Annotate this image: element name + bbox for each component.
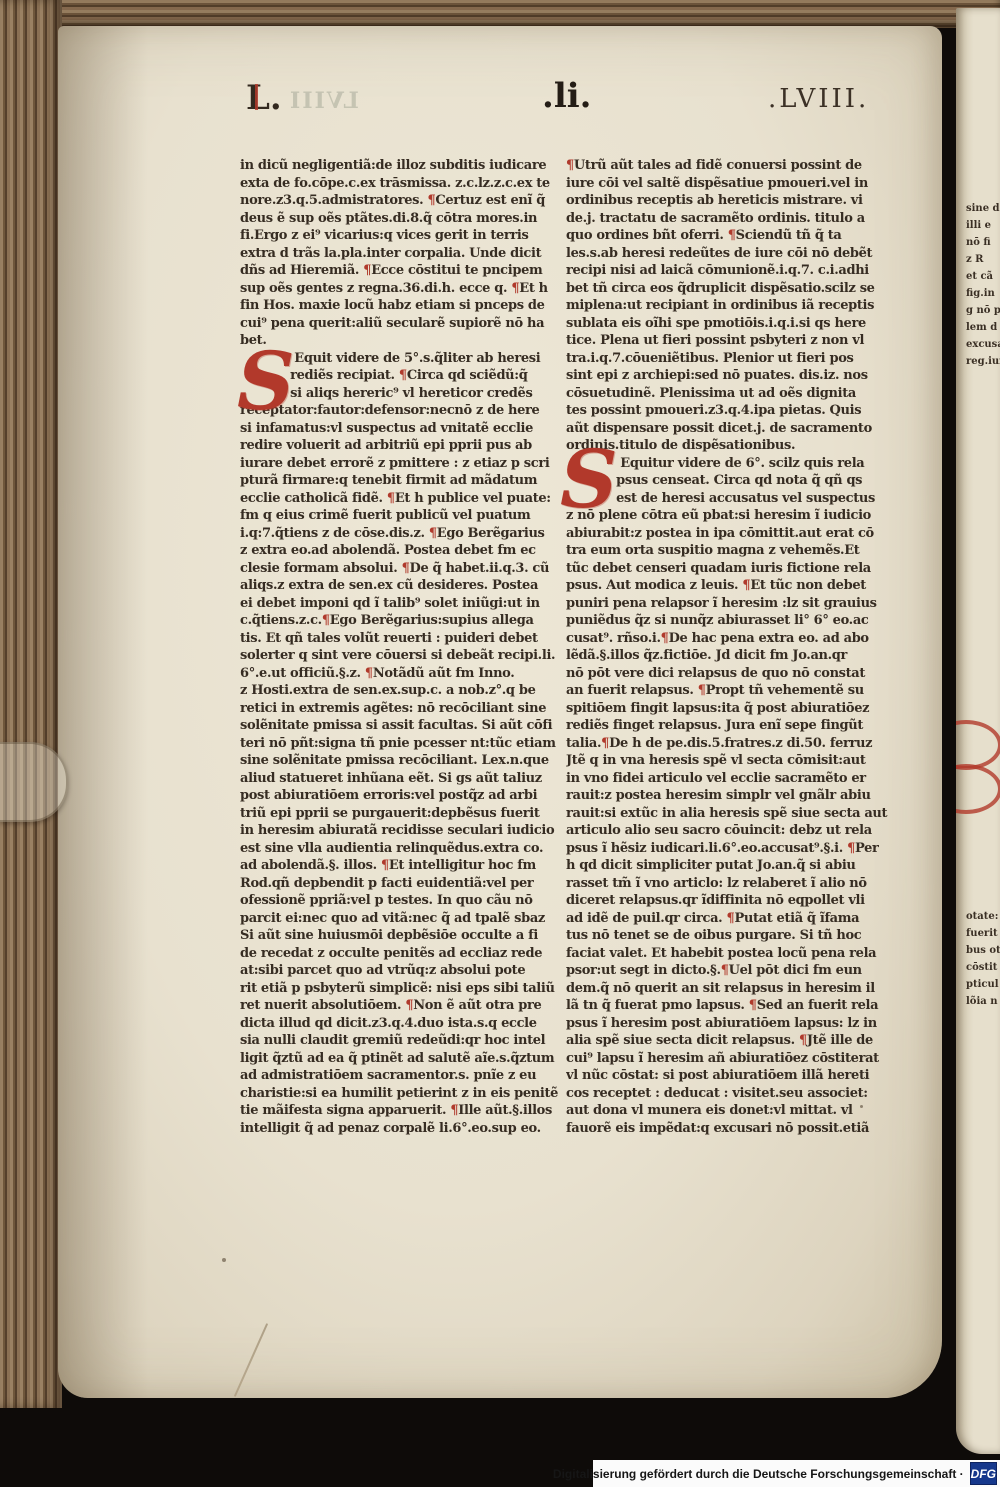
text-line: solẽnitate pmissa si assit facultas. Si … xyxy=(240,717,568,735)
text-line: quo ordines bñt oferri. ¶Sciendũ tñ q̃ t… xyxy=(566,227,900,245)
text-line: diceret relapsus.qr ĩdiffinita nō eqpoll… xyxy=(566,892,900,910)
text-line: et cã xyxy=(966,268,1000,285)
text-line: tis. Et qñ tales volũt reuerti : puideri… xyxy=(240,630,568,648)
text-line: ei debet imponi qd ĩ talib⁹ solet iniũgi… xyxy=(240,595,568,613)
text-line: z Hosti.extra de sen.ex.sup.c. a nob.z°.… xyxy=(240,682,568,700)
text-line: sublata eis oĩhi spe pmotiōis.i.q.i.si q… xyxy=(566,315,900,333)
text-line: nore.z3.q.5.admistratores. ¶Certuz est e… xyxy=(240,192,568,210)
text-line: puniri pena relapsor ĩ heresim :lz sit g… xyxy=(566,595,900,613)
text-line: talia.¶De h de pe.dis.5.fratres.z di.50.… xyxy=(566,735,900,753)
next-page-edge: sine dilli enō fiz Ret cãfig.ing nō plem… xyxy=(956,8,1000,1454)
text-line: tus nō tenet se de oibus purgare. Si tñ … xyxy=(566,927,900,945)
ink-speck xyxy=(222,1258,226,1262)
folio-showthrough: LVIII xyxy=(288,88,359,114)
text-line: cui⁹ lapsu ĩ heresim añ abiuratiōez cōst… xyxy=(566,1050,900,1068)
text-line: bet tñ circa eos q̃druplicit dispẽsatio.… xyxy=(566,280,900,298)
text-column-left: in dicũ negligentiã:de illoz subditis iu… xyxy=(240,157,568,1137)
text-line: psus. Aut modica z leuis. ¶Et tũc non de… xyxy=(566,577,900,595)
folio-number: .LVIII. xyxy=(768,84,869,114)
text-line: psor:ut segt in dicto.§.¶Uel pōt dici fm… xyxy=(566,962,900,980)
text-line: aliqs.z extra de sen.ex cũ desideres. Po… xyxy=(240,577,568,595)
text-line: dem.q̃ nō querit an sit relapsus in here… xyxy=(566,980,900,998)
text-line: at:sibi parcet quo ad vtrũq:z absolui po… xyxy=(240,962,568,980)
text-line: extra d trãs la.pla.inter corpalia. Unde… xyxy=(240,245,568,263)
text-line: in dicũ negligentiã:de illoz subditis iu… xyxy=(240,157,568,175)
text-line: ad admistratiōem sacramentor.s. pnĩe z e… xyxy=(240,1067,568,1085)
text-line: rauit:z postea heresim simplr vel gnãlr … xyxy=(566,787,900,805)
text-line: excusa xyxy=(966,336,1000,353)
text-line: lõia n xyxy=(966,993,1000,1010)
text-line: an fuerit relapsus. ¶Propt tñ vehementẽ … xyxy=(566,682,900,700)
red-initial-swash xyxy=(956,720,1000,770)
text-line: ad idẽ de puil.qr circa. ¶Putat etiã q̃ … xyxy=(566,910,900,928)
text-line: lẽdã.§.illos q̃z.fictiōe. Jd dicit fm Jo… xyxy=(566,647,900,665)
text-line: fm q eius crimẽ fuerit publicũ vel puatu… xyxy=(240,507,568,525)
text-line: fauorẽ eis impẽdat:q excusari nō possit.… xyxy=(566,1120,900,1138)
text-line: fin Hos. maxie locũ habz etiam si pnceps… xyxy=(240,297,568,315)
text-line: ordinibus receptis ab hereticis mistrare… xyxy=(566,192,900,210)
text-line: abiurabit:z postea in ipa cōmittit.aut e… xyxy=(566,525,900,543)
text-line: iure cōi vel saltẽ dispẽsatiue pmoueri.v… xyxy=(566,175,900,193)
text-line: z R xyxy=(966,251,1000,268)
folio-mark-left: L. xyxy=(246,78,282,118)
text-line: charistie:si ea humilit petierint z in e… xyxy=(240,1085,568,1103)
text-line: cui⁹ pena querit:aliũ secularẽ supiorẽ n… xyxy=(240,315,568,333)
text-line: in heresim abiuratã recidisse seculari i… xyxy=(240,822,568,840)
folio-mark-center: .li. xyxy=(542,76,592,116)
text-line: ret nuerit absolutiōem. ¶Non ẽ aũt otra … xyxy=(240,997,568,1015)
text-line: g nō p xyxy=(966,302,1000,319)
text-line: reg.iur xyxy=(966,353,1000,370)
next-page-text-fragments: otate:fueritbus otcōstitpticullõia n xyxy=(966,908,1000,1010)
text-line: retici in extremis agẽtes: nō recōcilian… xyxy=(240,700,568,718)
text-line: faciat valet. Et habebit postea locũ pen… xyxy=(566,945,900,963)
text-line: fig.in xyxy=(966,285,1000,302)
text-line: tra eum orta suspitio magna z vehemẽs.Et xyxy=(566,542,900,560)
text-line: bus ot xyxy=(966,942,1000,959)
text-line: 6°.e.ut officiũ.§.z. ¶Notãdũ aũt fm Inno… xyxy=(240,665,568,683)
text-line: Si aũt sine huiusmōi depbẽsiōe occulte a… xyxy=(240,927,568,945)
text-line: triũ epi pprii se purgauerit:depbẽsus fu… xyxy=(240,805,568,823)
text-line: vl nũc cōstat: si post abiuratiōem illã … xyxy=(566,1067,900,1085)
dfg-banner-text: Digitalisierung gefördert durch die Deut… xyxy=(553,1467,964,1481)
text-line: psus ĩ heresim post abiuratiōem lapsus: … xyxy=(566,1015,900,1033)
text-line: tie mãifesta signa apparuerit. ¶Ille aũt… xyxy=(240,1102,568,1120)
text-line: exta de fo.cōpe.c.ex trāsmissa. z.c.lz.z… xyxy=(240,175,568,193)
dfg-banner: Digitalisierung gefördert durch die Deut… xyxy=(593,1460,1000,1487)
text-line: Jtẽ q in vna heresis spẽ vl secta cōmisi… xyxy=(566,752,900,770)
dropcap-initial-left: S xyxy=(237,346,295,416)
text-line: aliud statueret inhũana eẽt. Si gs aũt t… xyxy=(240,770,568,788)
text-line: fuerit xyxy=(966,925,1000,942)
text-line: de.j. tractatu de sacramẽto ordinis. tit… xyxy=(566,210,900,228)
text-line: clesie formam absolui. ¶De q̃ habet.ii.q… xyxy=(240,560,568,578)
text-line: tes possint pmoueri.z3.q.4.ipa pietas. Q… xyxy=(566,402,900,420)
text-line: ecclie catholicã fidẽ. ¶Et h publice vel… xyxy=(240,490,568,508)
text-line: tra.i.q.7.cōueniẽtibus. Plenior ut fieri… xyxy=(566,350,900,368)
text-line: dicta illud qd dicit.z3.q.4.duo ista.s.q… xyxy=(240,1015,568,1033)
text-line: sia nulli claudit gremiũ redeũdi:qr hoc … xyxy=(240,1032,568,1050)
text-line: sine d xyxy=(966,200,1000,217)
text-line: parcit ei:nec quo ad vitã:nec q̃ ad tpal… xyxy=(240,910,568,928)
next-page-text-fragments: sine dilli enō fiz Ret cãfig.ing nō plem… xyxy=(966,200,1000,370)
text-line: redire voluerit ad arbitriũ epi pprii pu… xyxy=(240,437,568,455)
text-line: in vno fidei articulo vel ecclie sacramẽ… xyxy=(566,770,900,788)
text-line: lã tn q̃ fuerat pmo lapsus. ¶Sed an fuer… xyxy=(566,997,900,1015)
red-rubric-stroke xyxy=(255,84,258,110)
text-line: lem d xyxy=(966,319,1000,336)
text-line: spitiōem fingit lapsus:ita q̃ post abiur… xyxy=(566,700,900,718)
text-line: otate: xyxy=(966,908,1000,925)
text-line: sine solẽnitate pmissa recōciliant. Lex.… xyxy=(240,752,568,770)
text-line: est sine vlla audientia relinquẽdus.extr… xyxy=(240,840,568,858)
text-line: h qd dicit simpliciter putat Jo.an.q̃ si… xyxy=(566,857,900,875)
text-line: teri nō pñt:signa tñ pnie pcesser nt:tũc… xyxy=(240,735,568,753)
text-line: puniẽdus q̃z si nunq̃z abiurasset li° 6°… xyxy=(566,612,900,630)
text-line: rasset tm̃ ĩ vno articlo: lz relaberet ĩ… xyxy=(566,875,900,893)
text-line: fi.Ergo z ei⁹ vicarius:q vices gerit in … xyxy=(240,227,568,245)
text-line: pticul xyxy=(966,976,1000,993)
text-line: ¶Utrũ aũt tales ad fidẽ conuersi possint… xyxy=(566,157,900,175)
text-line: illi e xyxy=(966,217,1000,234)
text-line: aut dona vl munera eis donet:vl mittat. … xyxy=(566,1102,900,1120)
text-line: rediẽs finget relapsus. Jura enĩ sepe fi… xyxy=(566,717,900,735)
text-line: post abiuratiōem erroris:vel postq̃z ad … xyxy=(240,787,568,805)
book-spine-edge xyxy=(0,0,62,1408)
text-line: alia spẽ siue secta dicit relapsus. ¶Jtẽ… xyxy=(566,1032,900,1050)
ink-speck xyxy=(300,830,303,833)
text-line: Rod.qñ depbendit p facti euidentiã:vel p… xyxy=(240,875,568,893)
text-line: deus ẽ sup oẽs ptãtes.di.8.q̃ cōtra more… xyxy=(240,210,568,228)
text-line: c.q̃tiens.z.c.¶Ego Berẽgarius:supius all… xyxy=(240,612,568,630)
text-line: miplena:ut recipiant in ordinibus iã rec… xyxy=(566,297,900,315)
text-line: tice. Plena ut fieri possint psbyteri z … xyxy=(566,332,900,350)
text-line: ofessionẽ ppriã:vel p testes. In quo cãu… xyxy=(240,892,568,910)
ink-speck xyxy=(860,1105,863,1108)
text-line: cōsuetudinẽ. Plenissima ut ad oẽs dignit… xyxy=(566,385,900,403)
text-line: rauit:si extũc in alia heresis spẽ siue … xyxy=(566,805,900,823)
text-line: cusat⁹. rñso.i.¶De hac pena extra eo. ad… xyxy=(566,630,900,648)
text-line: intelligit q̃ ad penaz corpalẽ li.6°.eo.… xyxy=(240,1120,568,1138)
text-line: nō fi xyxy=(966,234,1000,251)
text-line: les.s.ab heresi redeũtes de iure cōi nō … xyxy=(566,245,900,263)
text-line: psus ĩ hẽsiz iudicari.li.6°.eo.accusat⁹.… xyxy=(566,840,900,858)
text-line: i.q:7.q̃tiens z de cōse.dis.z. ¶Ego Berẽ… xyxy=(240,525,568,543)
text-line: recipi nisi ad laicã cōmunionẽ.i.q.7. c.… xyxy=(566,262,900,280)
text-line: tũc debet censeri quadam iuris fictione … xyxy=(566,560,900,578)
text-line: z extra eo.ad abolendã. Postea debet fm … xyxy=(240,542,568,560)
text-line: solerter q sint vere cōuersi si debeãt r… xyxy=(240,647,568,665)
text-line: sup oẽs gentes z regna.36.di.h. ecce q. … xyxy=(240,280,568,298)
text-line: articulo alio seu sacro cōuincit: debz u… xyxy=(566,822,900,840)
text-line: rit etiã p psbyterũ simplicẽ: nisi eps s… xyxy=(240,980,568,998)
book-top-edge xyxy=(0,0,1000,28)
text-line: sint epi z archiepi:sed nō puates. dis.i… xyxy=(566,367,900,385)
text-line: ligit q̃ztũ ad ea q̃ ptinẽt ad salutẽ aĩ… xyxy=(240,1050,568,1068)
text-line: cōstit xyxy=(966,959,1000,976)
text-line: iurare debet errorẽ z pmittere : z etiaz… xyxy=(240,455,568,473)
dropcap-initial-right: S xyxy=(560,444,618,514)
book-scan: L. LVIII .li. .LVIII. in dicũ negligenti… xyxy=(0,0,1000,1487)
dfg-logo: DFG xyxy=(970,1462,997,1485)
text-line: de recedat z occulte penitẽs ad eccliaz … xyxy=(240,945,568,963)
text-line: cos receptet : deducat : visitet.seu ass… xyxy=(566,1085,900,1103)
text-line: nō pōt vere dici relapsus de quo nō cons… xyxy=(566,665,900,683)
text-column-right: ¶Utrũ aũt tales ad fidẽ conuersi possint… xyxy=(566,157,900,1137)
red-initial-swash xyxy=(956,764,1000,814)
text-line: pturã firmare:q tenebit firmit ad mãdatu… xyxy=(240,472,568,490)
text-line: ad abolendã.§. illos. ¶Et intelligitur h… xyxy=(240,857,568,875)
text-line: dñs ad Hieremiã. ¶Ecce cōstitui te pncip… xyxy=(240,262,568,280)
